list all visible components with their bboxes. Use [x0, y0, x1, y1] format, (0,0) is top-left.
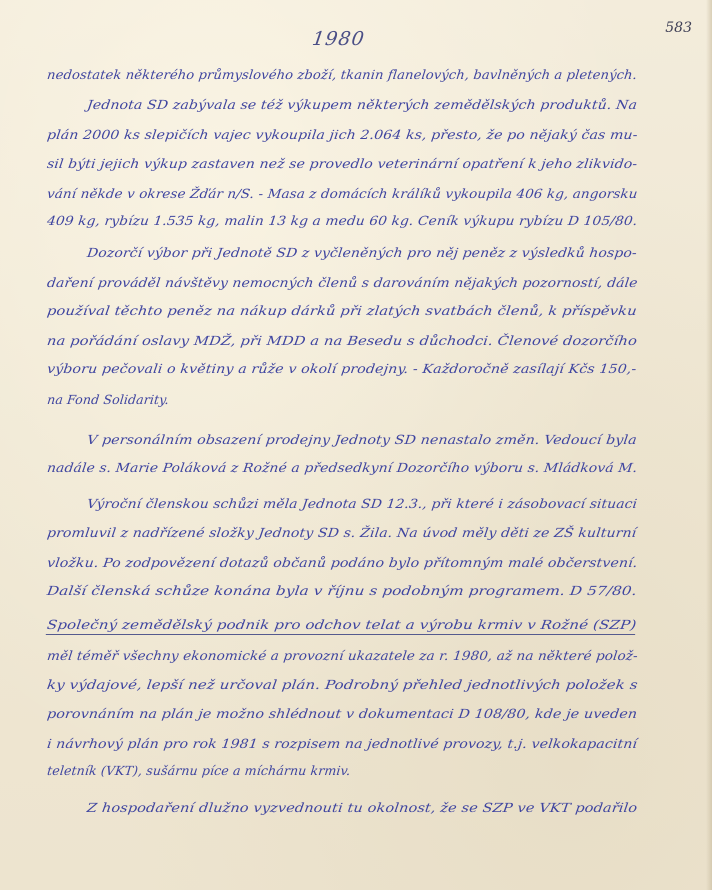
- text-line: nadále s. Marie Poláková z Rožné a předs…: [46, 460, 638, 475]
- text-line: nedostatek některého průmyslového zboží,…: [46, 67, 637, 82]
- text-line: vání někde v okrese Žďár n/S. - Masa z d…: [46, 186, 638, 201]
- text-line: i návrhový plán pro rok 1981 s rozpisem …: [46, 736, 638, 751]
- text-line: porovnáním na plán je možno shlédnout v …: [46, 706, 638, 721]
- text-line: Další členská schůze konána byla v říjnu…: [46, 583, 638, 598]
- text-line: Dozorčí výbor při Jednotě SD z vyčleněný…: [86, 245, 637, 260]
- text-line: Jednota SD zabývala se též výkupem někte…: [86, 97, 638, 112]
- section-heading: Společný zemědělský podnik pro odchov te…: [46, 617, 637, 632]
- text-line: používal těchto peněz na nákup dárků při…: [46, 303, 638, 318]
- text-line: teletník (VKT), sušárnu píce a míchárnu …: [46, 763, 351, 778]
- year-heading: 1980: [0, 28, 712, 50]
- text-line: daření prováděl návštěvy nemocných členů…: [46, 275, 638, 290]
- page-number: 583: [665, 20, 692, 36]
- text-line: 409 kg, rybízu 1.535 kg, malin 13 kg a m…: [46, 213, 638, 228]
- text-line: V personálním obsazení prodejny Jednoty …: [86, 432, 637, 447]
- text-line: sil býti jejich výkup zastaven než se pr…: [46, 156, 638, 171]
- text-line: měl téměř všechny ekonomické a provozní …: [46, 648, 638, 663]
- text-line: Z hospodaření dlužno vyzvednouti tu okol…: [86, 800, 638, 815]
- text-line: na pořádání oslavy MDŽ, při MDD a na Bes…: [46, 333, 638, 348]
- text-line: Výroční členskou schůzi měla Jednota SD …: [86, 496, 638, 511]
- text-line: výboru pečovali o květiny a růže v okolí…: [46, 361, 637, 376]
- chronicle-page: 1980 583 nedostatek některého průmyslové…: [0, 0, 712, 890]
- text-line: plán 2000 ks slepičích vajec vykoupila j…: [46, 127, 638, 142]
- text-line: vložku. Po zodpovězení dotazů občanů pod…: [46, 555, 638, 570]
- text-line: na Fond Solidarity.: [46, 392, 169, 407]
- text-line: ky výdajové, lepší než určoval plán. Pod…: [46, 677, 639, 692]
- text-line: promluvil z nadřízené složky Jednoty SD …: [46, 525, 637, 540]
